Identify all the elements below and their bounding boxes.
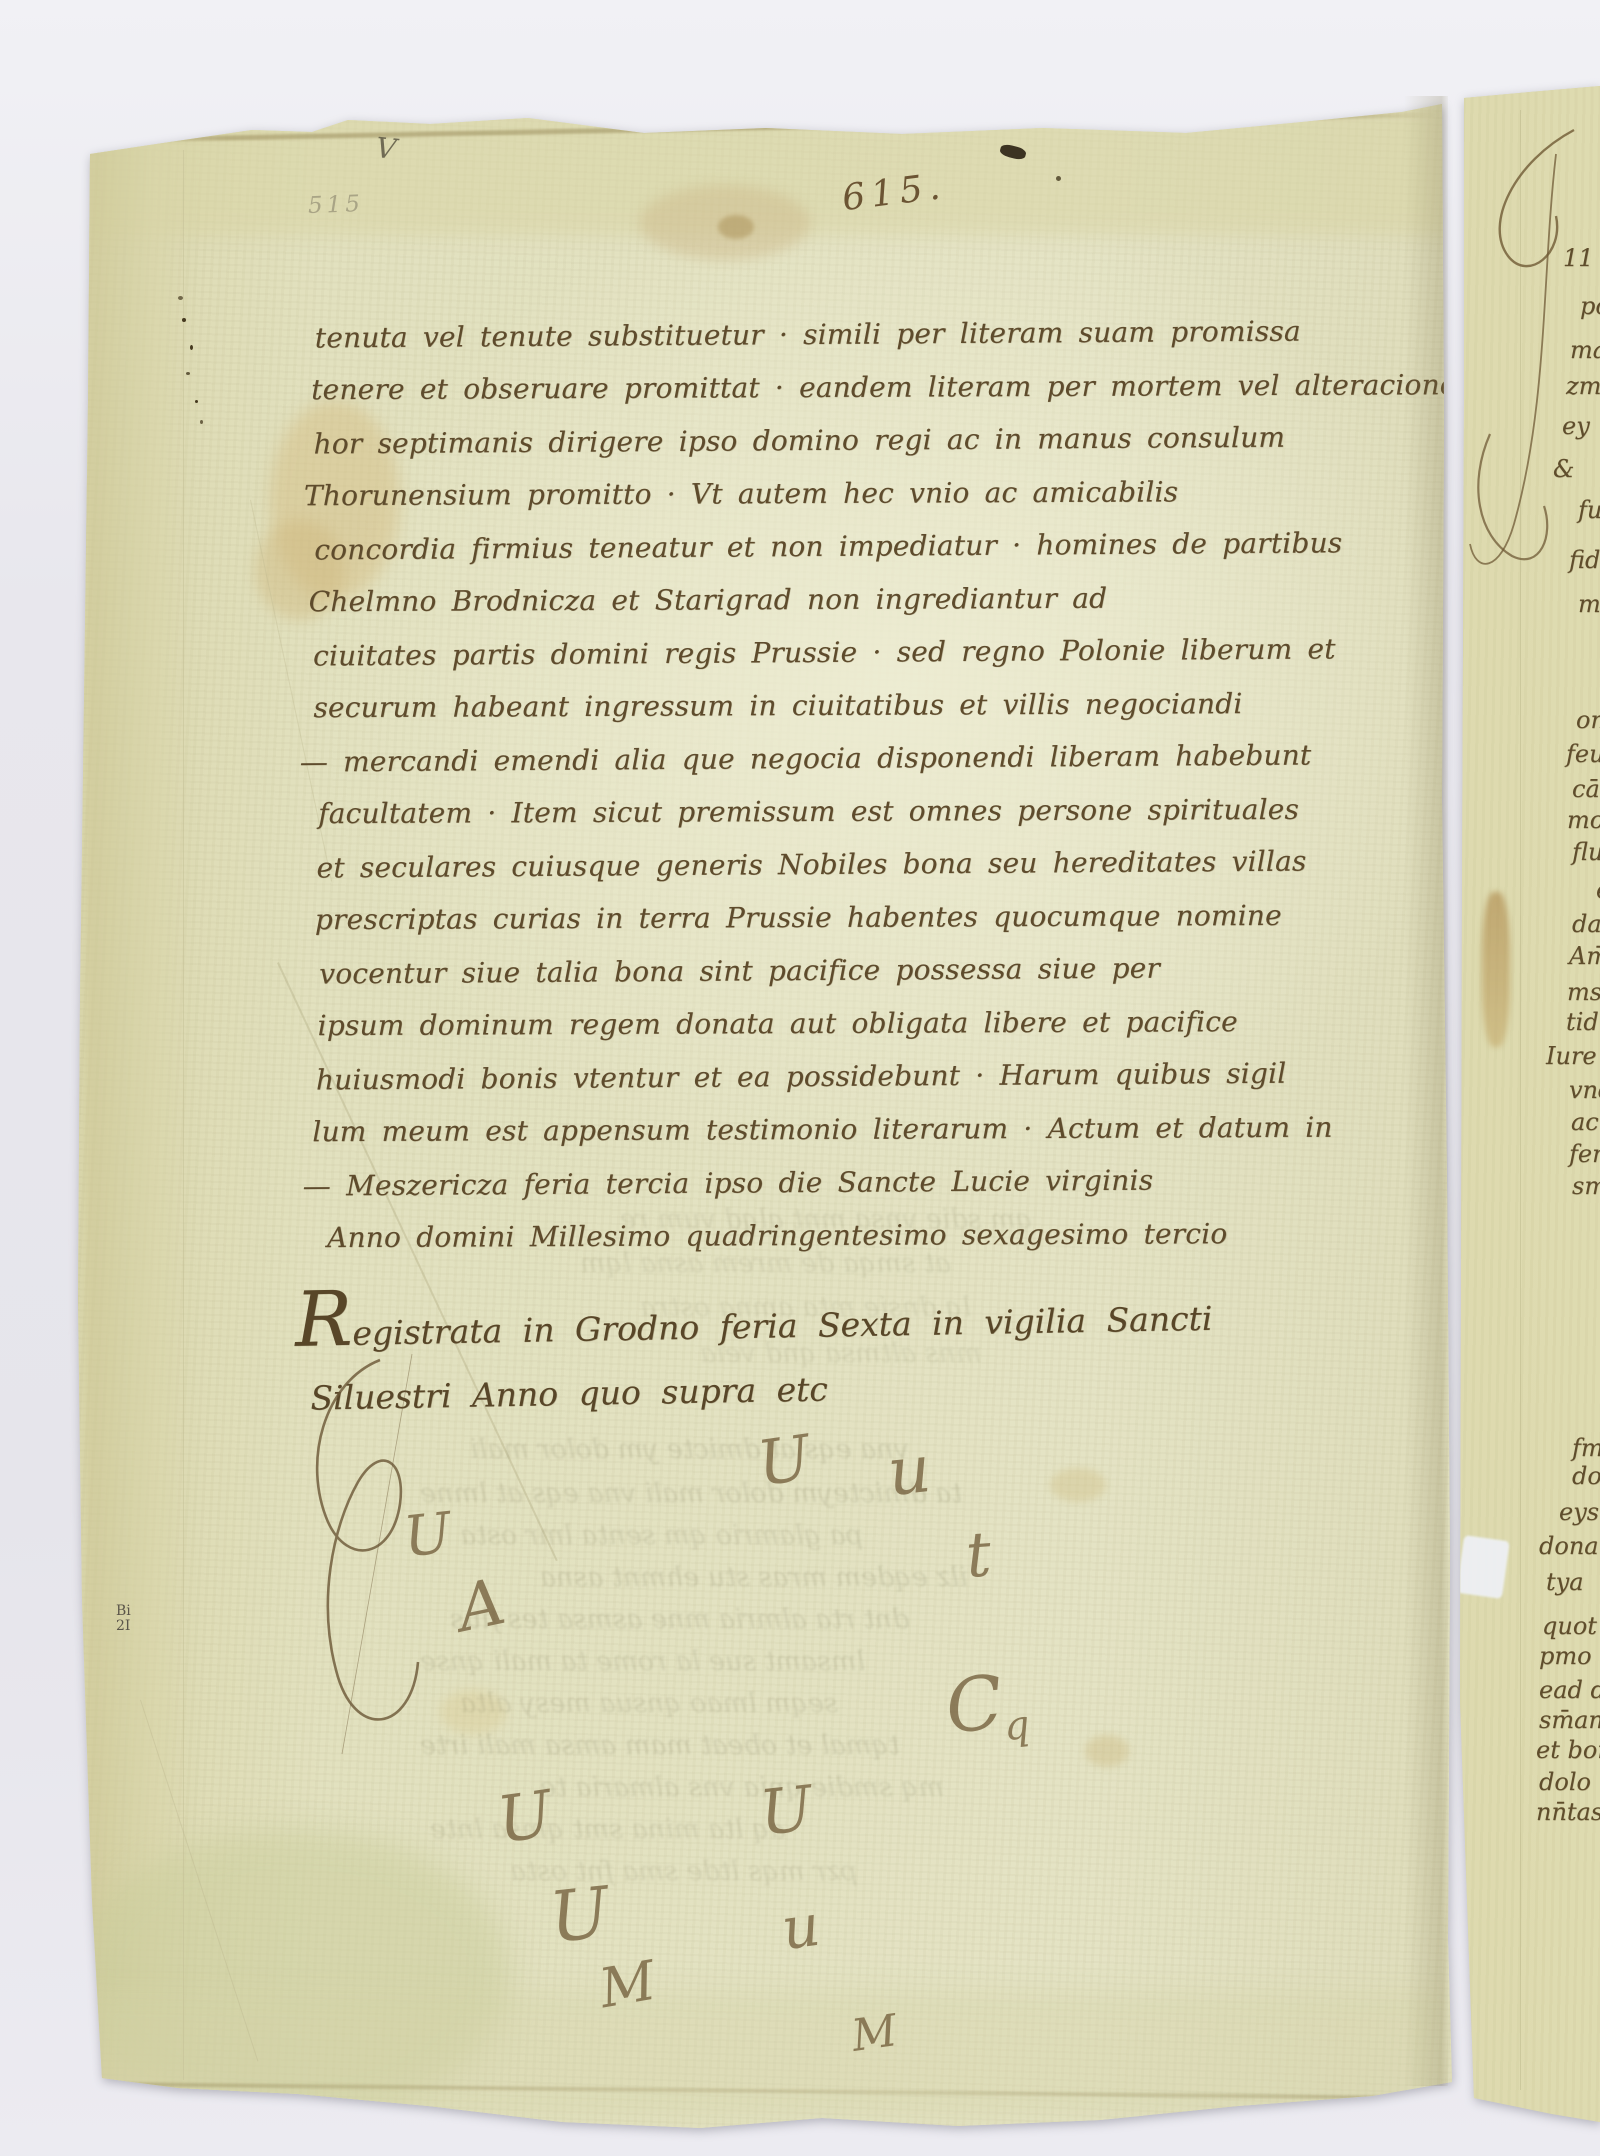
stain: [1456, 1535, 1510, 1599]
next-page-fragment: eys: [1559, 1498, 1599, 1526]
next-page-fragment: &: [1553, 455, 1574, 483]
next-page-fragment: dan: [1572, 910, 1600, 938]
next-page-fragment: vnd: [1569, 1076, 1600, 1104]
next-page-fragment: Am̄: [1569, 942, 1600, 970]
right-page-wrap: 11pomazmtey&fufidmoom̄feucāpmohflumetda…: [0, 0, 1600, 2156]
next-page-fragment: flum: [1572, 838, 1600, 866]
next-page-fragment: po: [1580, 292, 1600, 320]
next-page-fragment: sm̄ana: [1539, 1706, 1600, 1734]
next-page-fragment: tid: [1566, 1008, 1599, 1036]
next-page-fragment: ma: [1570, 336, 1600, 364]
next-page-fragment: quot: [1542, 1612, 1597, 1640]
next-page-fragment: fmt: [1572, 1434, 1600, 1462]
next-page-fragment: dona: [1539, 1532, 1599, 1560]
next-page-fragment: ead d: [1539, 1676, 1600, 1704]
next-page-fragment: smt: [1572, 1172, 1600, 1200]
next-page-fragment: fem: [1569, 1140, 1600, 1168]
next-page-fragment: fid: [1569, 546, 1600, 574]
next-page-edge: 11pomazmtey&fufidmoom̄feucāpmohflumetda…: [0, 0, 1600, 2156]
next-page-fragment: cāp: [1572, 775, 1600, 803]
next-page-fragment: mo: [1578, 590, 1600, 618]
next-page-fragment: ey: [1562, 412, 1590, 440]
next-page-fragment: ac o: [1571, 1108, 1600, 1136]
next-page-fragment: tya: [1546, 1568, 1584, 1596]
next-page-fragment: dolo: [1539, 1768, 1591, 1796]
next-page-fragment: moh: [1567, 806, 1600, 834]
next-page-fragment: feu: [1566, 740, 1600, 768]
next-page-fragment: om̄: [1576, 706, 1600, 734]
next-page-fragment: nn̄tas: [1536, 1798, 1600, 1826]
stain: [1482, 892, 1510, 1047]
next-page-fragment: dom̄: [1572, 1462, 1600, 1490]
next-page-fragment: pmo: [1539, 1642, 1592, 1670]
manuscript-scan: qm sdie vnsa mnt alqd vum reat smqa de m…: [0, 0, 1600, 2156]
next-page-fragment: 11: [1563, 244, 1594, 272]
next-page-fragment: zmt: [1566, 372, 1600, 400]
next-page-fragment: fu: [1578, 496, 1600, 524]
next-page-fragment: msta: [1567, 978, 1600, 1006]
next-page-fragment: et bon: [1536, 1736, 1600, 1764]
next-page-fragment: et: [1596, 876, 1600, 904]
next-page-fragment: Iure: [1546, 1042, 1597, 1070]
